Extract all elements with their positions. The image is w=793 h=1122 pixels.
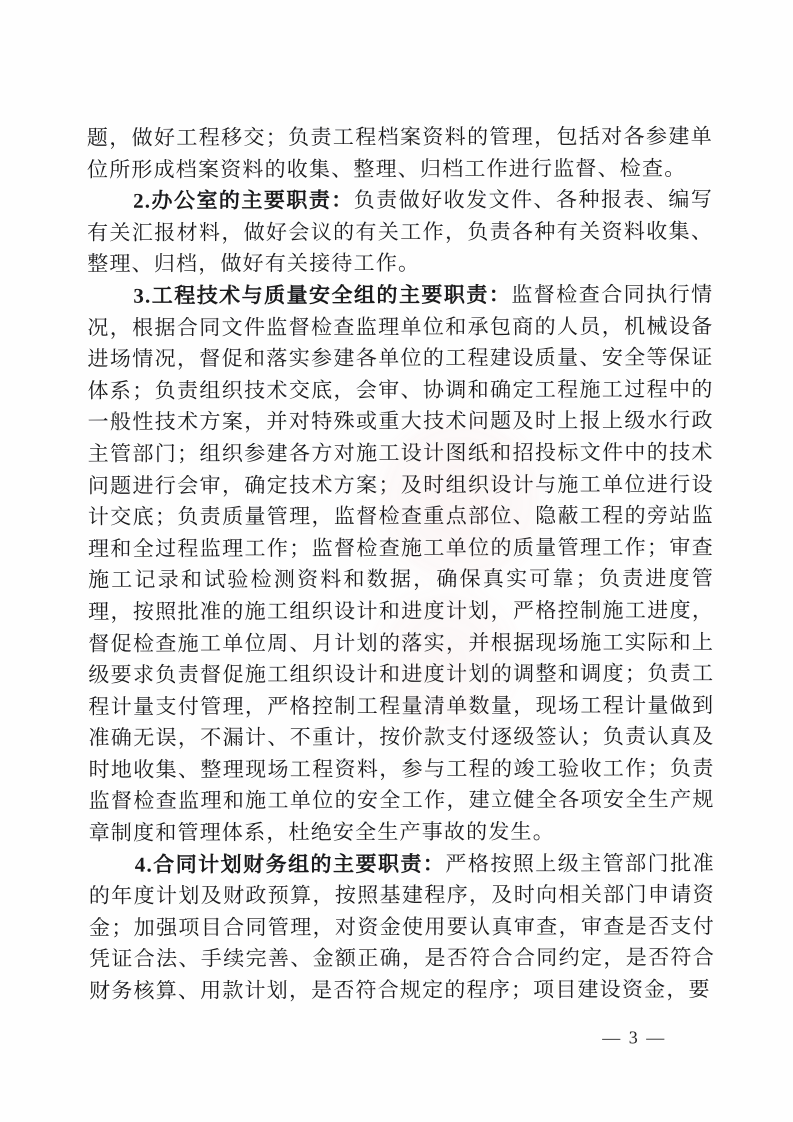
scanned-sheet: 题，做好工程移交；负责工程档案资料的管理，包括对各参建单位所形成档案资料的收集、… xyxy=(0,0,793,1122)
paragraph-text: 题，做好工程移交；负责工程档案资料的管理，包括对各参建单位所形成档案资料的收集、… xyxy=(87,124,713,181)
paragraph-heading: 4.合同计划财务组的主要职责： xyxy=(135,852,446,877)
page-number: — 3 — xyxy=(602,1027,666,1048)
document-body: 题，做好工程移交；负责工程档案资料的管理，包括对各参建单位所形成档案资料的收集、… xyxy=(87,121,715,1007)
paragraph-heading: 3.工程技术与质量安全组的主要职责： xyxy=(133,283,511,308)
paragraph-office-duties: 2.办公室的主要职责：负责做好收发文件、各种报表、编写有关汇报材料，做好会议的有… xyxy=(87,184,713,280)
paragraph-text: 监督检查合同执行情况，根据合同文件监督检查监理单位和承包商的人员，机械设备进场情… xyxy=(87,282,714,845)
page-footer: — 3 — xyxy=(1,1027,793,1059)
paragraph-contract-finance-duties: 4.合同计划财务组的主要职责：严格按照上级主管部门批准的年度计划及财政预算，按照… xyxy=(89,848,715,1008)
document-page: 题，做好工程移交；负责工程档案资料的管理，包括对各参建单位所形成档案资料的收集、… xyxy=(0,0,793,1122)
paragraph-engineering-quality-safety-duties: 3.工程技术与质量安全组的主要职责：监督检查合同执行情况，根据合同文件监督检查监… xyxy=(87,279,714,849)
paragraph-heading: 2.办公室的主要职责： xyxy=(133,188,354,213)
paragraph-continuation: 题，做好工程移交；负责工程档案资料的管理，包括对各参建单位所形成档案资料的收集、… xyxy=(87,121,713,186)
